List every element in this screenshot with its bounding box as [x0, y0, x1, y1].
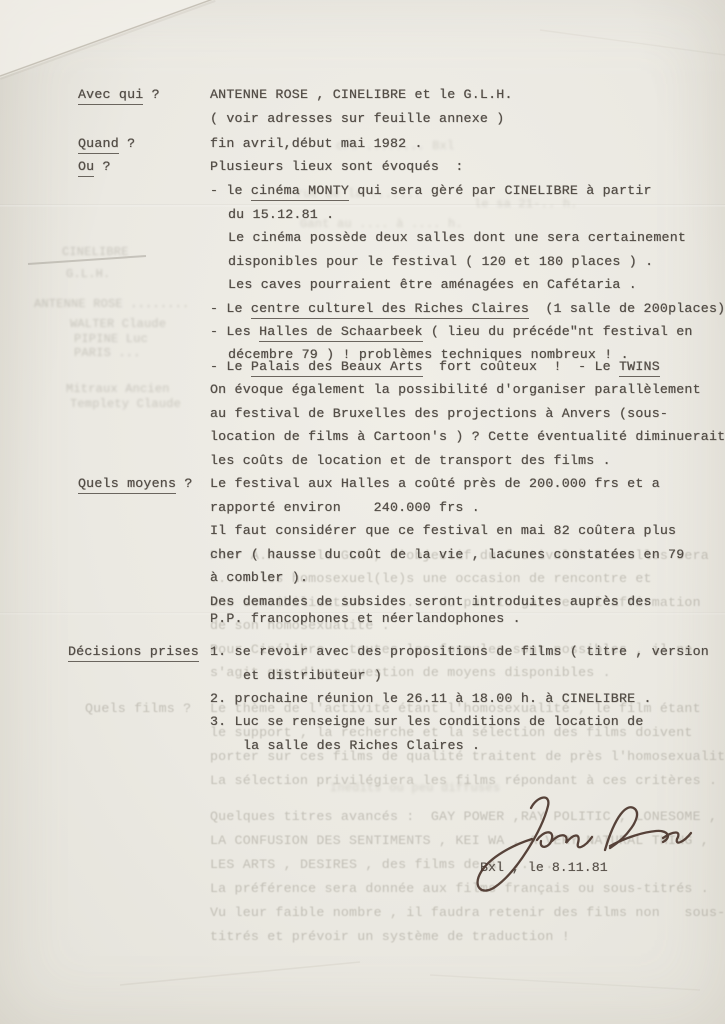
typed-line: - Les Halles de Schaarbeek ( lieu du pré…	[210, 325, 693, 338]
ghost-line: PIPINE Luc	[74, 333, 148, 345]
typed-line: à combler ).	[210, 571, 308, 584]
typed-line: Il faut considérer que ce festival en ma…	[210, 524, 676, 537]
typed-line: Le cinéma possède deux salles dont une s…	[228, 231, 686, 244]
typed-line: - le cinéma MONTY qui sera gèré par CINE…	[210, 184, 652, 197]
typed-line: Ou ?	[78, 160, 111, 173]
ghost-line: Inédits ou peu diffusés	[330, 782, 500, 794]
ghost-line: CINELIBRE	[62, 246, 129, 258]
ghost-line: PARIS ...	[74, 347, 141, 359]
typed-line: la salle des Riches Claires .	[243, 739, 480, 752]
scanned-page: c/o ........ Bxlrue de la .......le sa 2…	[0, 0, 725, 1024]
typed-line: On évoque également la possibilité d'org…	[210, 383, 701, 396]
typed-line: Quels moyens ?	[78, 477, 193, 490]
typed-line: location de films à Cartoon's ) ? Cette …	[210, 430, 725, 443]
ghost-line: Quels films ?	[85, 702, 191, 715]
ghost-line: WALTER Claude	[70, 318, 166, 330]
fold-crease-line	[0, 0, 213, 76]
folded-corner	[0, 0, 215, 78]
typed-line: Quand ?	[78, 137, 135, 150]
typed-line: du 15.12.81 .	[228, 208, 334, 221]
typed-line: 3. Luc se renseigne sur les conditions d…	[210, 715, 644, 728]
place-date-line: Bxl , le 8.11.81	[480, 860, 608, 875]
ghost-line: La préférence sera donnée aux films fran…	[210, 882, 709, 895]
typed-line: Des demandes de subsides seront introdui…	[210, 595, 652, 608]
typed-line: les coûts de location et de transport de…	[210, 454, 611, 467]
ghost-line: ANTENNE ROSE ........	[34, 298, 189, 310]
ghost-line: Templety Claude	[70, 398, 181, 410]
horizontal-crease	[0, 204, 725, 207]
typed-line: Avec qui ?	[78, 88, 160, 101]
ghost-line: Mitraux Ancien	[66, 383, 170, 395]
typed-line: Plusieurs lieux sont évoqués :	[210, 160, 464, 173]
typed-line: rapporté environ 240.000 frs .	[210, 501, 480, 514]
typed-line: fin avril,début mai 1982 .	[210, 137, 423, 150]
typed-line: P.P. francophones et néerlandophones .	[210, 612, 521, 625]
typed-line: 2. prochaine réunion le 26.11 à 18.00 h.…	[210, 692, 652, 705]
typed-line: Décisions prises	[68, 645, 199, 658]
ghost-line: G.L.H.	[66, 268, 110, 280]
typed-line: 1. se revoir avec des propositions de fi…	[210, 645, 709, 658]
typed-line: Les caves pourraient être aménagées en C…	[228, 278, 637, 291]
typed-line: au festival de Bruxelles des projections…	[210, 407, 668, 420]
ghost-line: Quelques titres avancés : GAY POWER ,RAY…	[210, 810, 717, 823]
typed-line: cher ( hausse du coût de la vie , lacune…	[210, 548, 684, 561]
ghost-line: Vu leur faible nombre , il faudra reteni…	[210, 906, 725, 919]
typed-line: et distributeur )	[243, 669, 382, 682]
typed-line: ( voir adresses sur feuille annexe )	[210, 112, 504, 125]
typed-line: Le festival aux Halles a coûté près de 2…	[210, 477, 660, 490]
typed-line: - Le Palais des Beaux Arts fort coûteux …	[210, 360, 660, 373]
ghost-line: titrés et prévoir un système de traducti…	[210, 930, 570, 943]
typed-line: - Le centre culturel des Riches Claires …	[210, 302, 725, 315]
typed-line: ANTENNE ROSE , CINELIBRE et le G.L.H.	[210, 88, 513, 101]
typed-line: disponibles pour le festival ( 120 et 18…	[228, 255, 653, 268]
ghost-line: le sa 21-.. h.	[474, 198, 578, 210]
ghost-line: LA CONFUSION DES SENTIMENTS , KEI WA , A…	[210, 834, 709, 847]
